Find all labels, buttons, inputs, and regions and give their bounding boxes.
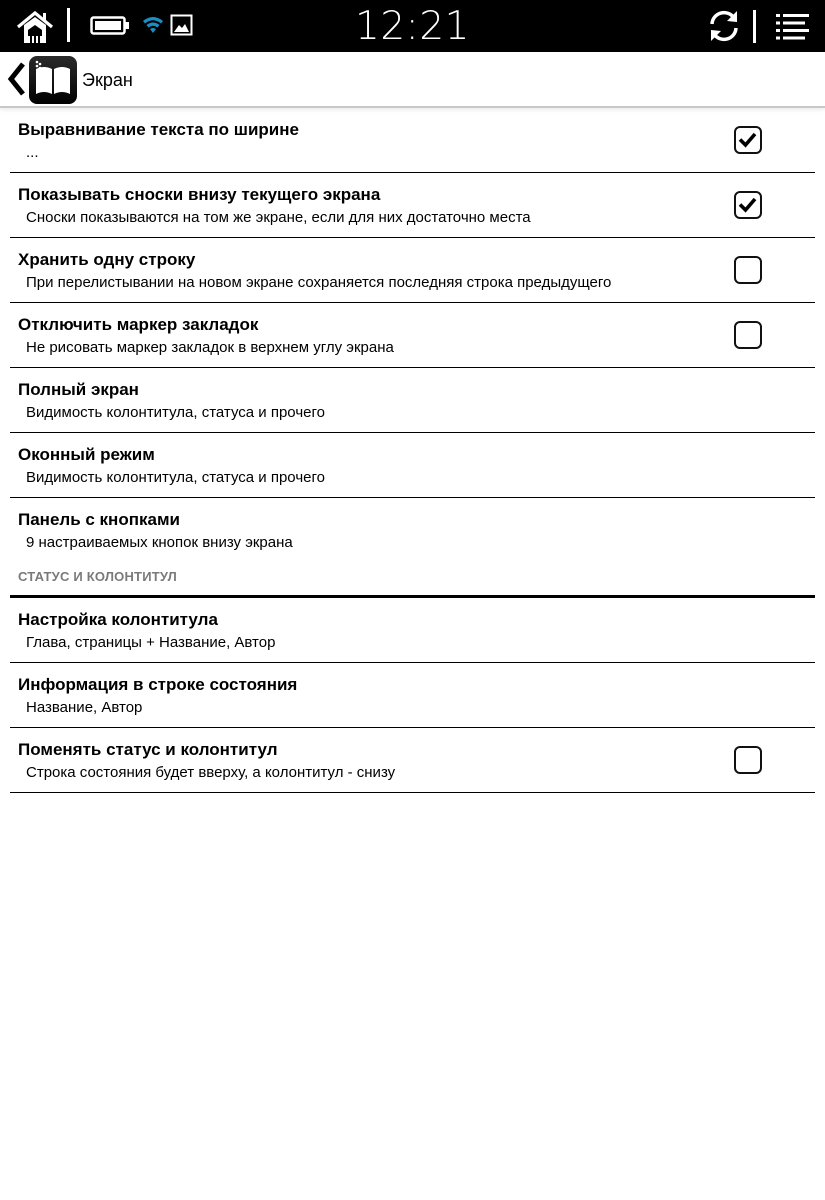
checkmark-icon <box>737 129 758 150</box>
preference-list: Выравнивание текста по ширине ... Показы… <box>10 108 815 793</box>
status-divider <box>67 8 70 42</box>
category-header: СТАТУС И КОЛОНТИТУЛ <box>10 554 815 598</box>
checkbox[interactable] <box>734 191 762 219</box>
clock: 12:21 <box>340 4 485 50</box>
pref-summary: 9 настраиваемых кнопок внизу экрана <box>26 533 293 553</box>
pref-title: Оконный режим <box>18 444 155 466</box>
pref-disable-bookmark-marker[interactable]: Отключить маркер закладок Не рисовать ма… <box>10 303 815 368</box>
app-book-icon[interactable] <box>29 56 77 104</box>
pref-summary: Видимость колонтитула, статуса и прочего <box>26 468 325 488</box>
pref-button-panel[interactable]: Панель с кнопками 9 настраиваемых кнопок… <box>10 498 815 554</box>
gallery-icon <box>170 14 193 36</box>
pref-swap-status-footer[interactable]: Поменять статус и колонтитул Строка сост… <box>10 728 815 793</box>
wifi-icon <box>142 15 164 35</box>
pref-title: Поменять статус и колонтитул <box>18 739 278 761</box>
pref-summary: Название, Автор <box>26 698 142 718</box>
checkmark-icon <box>737 194 758 215</box>
status-bar: 12:21 <box>0 0 825 52</box>
checkbox[interactable] <box>734 746 762 774</box>
pref-summary: ... <box>26 143 39 163</box>
menu-list-icon[interactable] <box>776 14 810 40</box>
pref-summary: Строка состояния будет вверху, а колонти… <box>26 763 395 783</box>
pref-title: Информация в строке состояния <box>18 674 297 696</box>
screen-title: Экран <box>82 68 133 92</box>
action-bar: Экран <box>0 52 825 108</box>
sync-icon[interactable] <box>706 9 742 43</box>
pref-window-mode[interactable]: Оконный режим Видимость колонтитула, ста… <box>10 433 815 498</box>
pref-statusbar-info[interactable]: Информация в строке состояния Название, … <box>10 663 815 728</box>
pref-summary: Не рисовать маркер закладок в верхнем уг… <box>26 338 394 358</box>
pref-title: Выравнивание текста по ширине <box>18 119 299 141</box>
back-chevron-icon[interactable] <box>7 62 27 96</box>
pref-justify-text[interactable]: Выравнивание текста по ширине ... <box>10 108 815 173</box>
pref-summary: Глава, страницы + Название, Автор <box>26 633 275 653</box>
pref-title: Хранить одну строку <box>18 249 195 271</box>
pref-title: Показывать сноски внизу текущего экрана <box>18 184 380 206</box>
pref-title: Отключить маркер закладок <box>18 314 258 336</box>
pref-full-screen[interactable]: Полный экран Видимость колонтитула, стат… <box>10 368 815 433</box>
checkbox[interactable] <box>734 321 762 349</box>
category-title: СТАТУС И КОЛОНТИТУЛ <box>18 569 177 584</box>
checkbox[interactable] <box>734 256 762 284</box>
pref-footer-settings[interactable]: Настройка колонтитула Глава, страницы + … <box>10 598 815 663</box>
home-icon[interactable] <box>16 10 54 44</box>
battery-icon <box>90 16 130 35</box>
checkbox[interactable] <box>734 126 762 154</box>
status-divider <box>753 10 756 43</box>
pref-title: Полный экран <box>18 379 139 401</box>
pref-summary: При перелистывании на новом экране сохра… <box>26 273 611 293</box>
pref-summary: Видимость колонтитула, статуса и прочего <box>26 403 325 423</box>
pref-summary: Сноски показываются на том же экране, ес… <box>26 208 531 228</box>
pref-keep-one-line[interactable]: Хранить одну строку При перелистывании н… <box>10 238 815 303</box>
pref-title: Панель с кнопками <box>18 509 180 531</box>
pref-title: Настройка колонтитула <box>18 609 218 631</box>
pref-footnotes[interactable]: Показывать сноски внизу текущего экрана … <box>10 173 815 238</box>
